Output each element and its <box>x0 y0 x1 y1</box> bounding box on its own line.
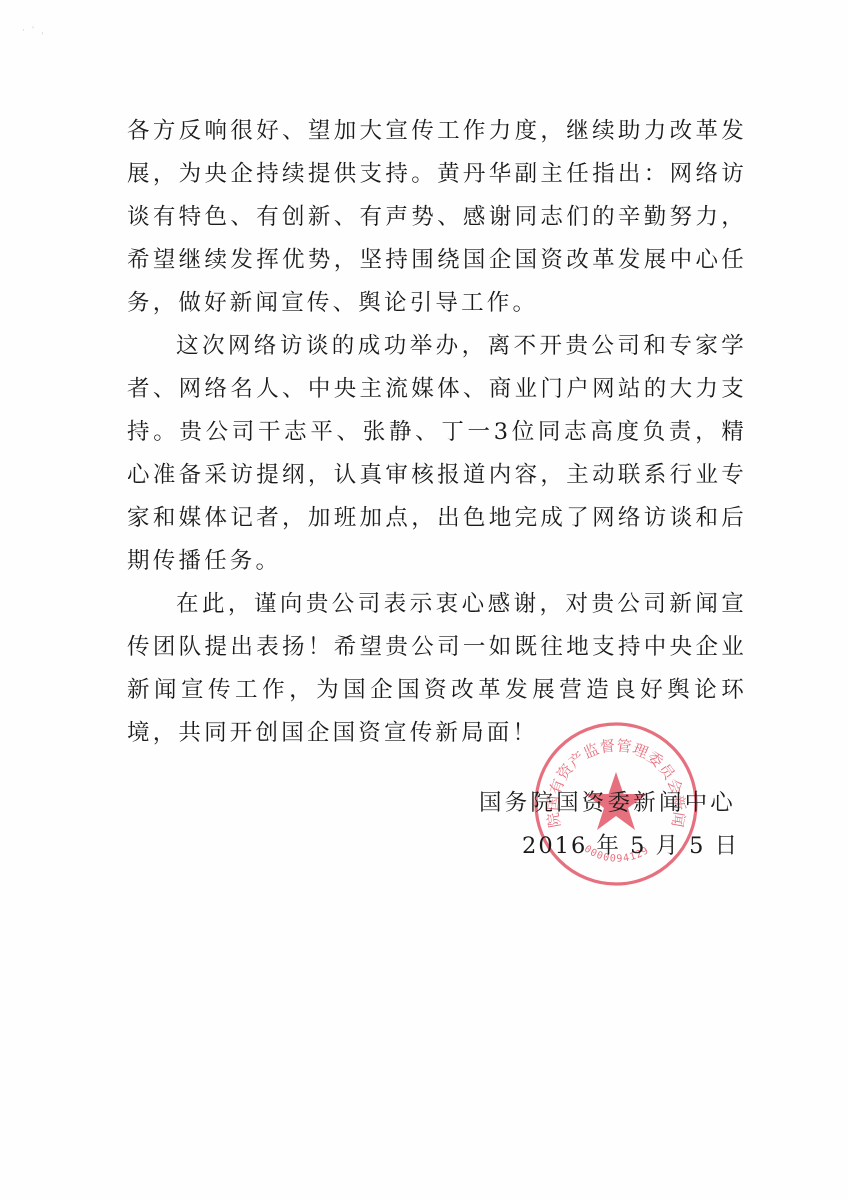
paragraph-1: 各方反响很好、望加大宣传工作力度，继续助力改革发展，为央企持续提供支持。黄丹华副… <box>127 110 747 325</box>
document-page: · ˈ ˌ 各方反响很好、望加大宣传工作力度，继续助力改革发展，为央企持续提供支… <box>0 0 848 1200</box>
letter-body: 各方反响很好、望加大宣传工作力度，继续助力改革发展，为央企持续提供支持。黄丹华副… <box>127 110 747 755</box>
signature-organization: 国务院国资委新闻中心 <box>479 785 736 817</box>
paragraph-2: 这次网络访谈的成功举办，离不开贵公司和专家学者、网络名人、中央主流媒体、商业门户… <box>127 325 747 583</box>
signature-date: 2016 年 5 月 5 日 <box>522 828 739 860</box>
scan-artifact: · ˈ ˌ <box>22 26 46 36</box>
